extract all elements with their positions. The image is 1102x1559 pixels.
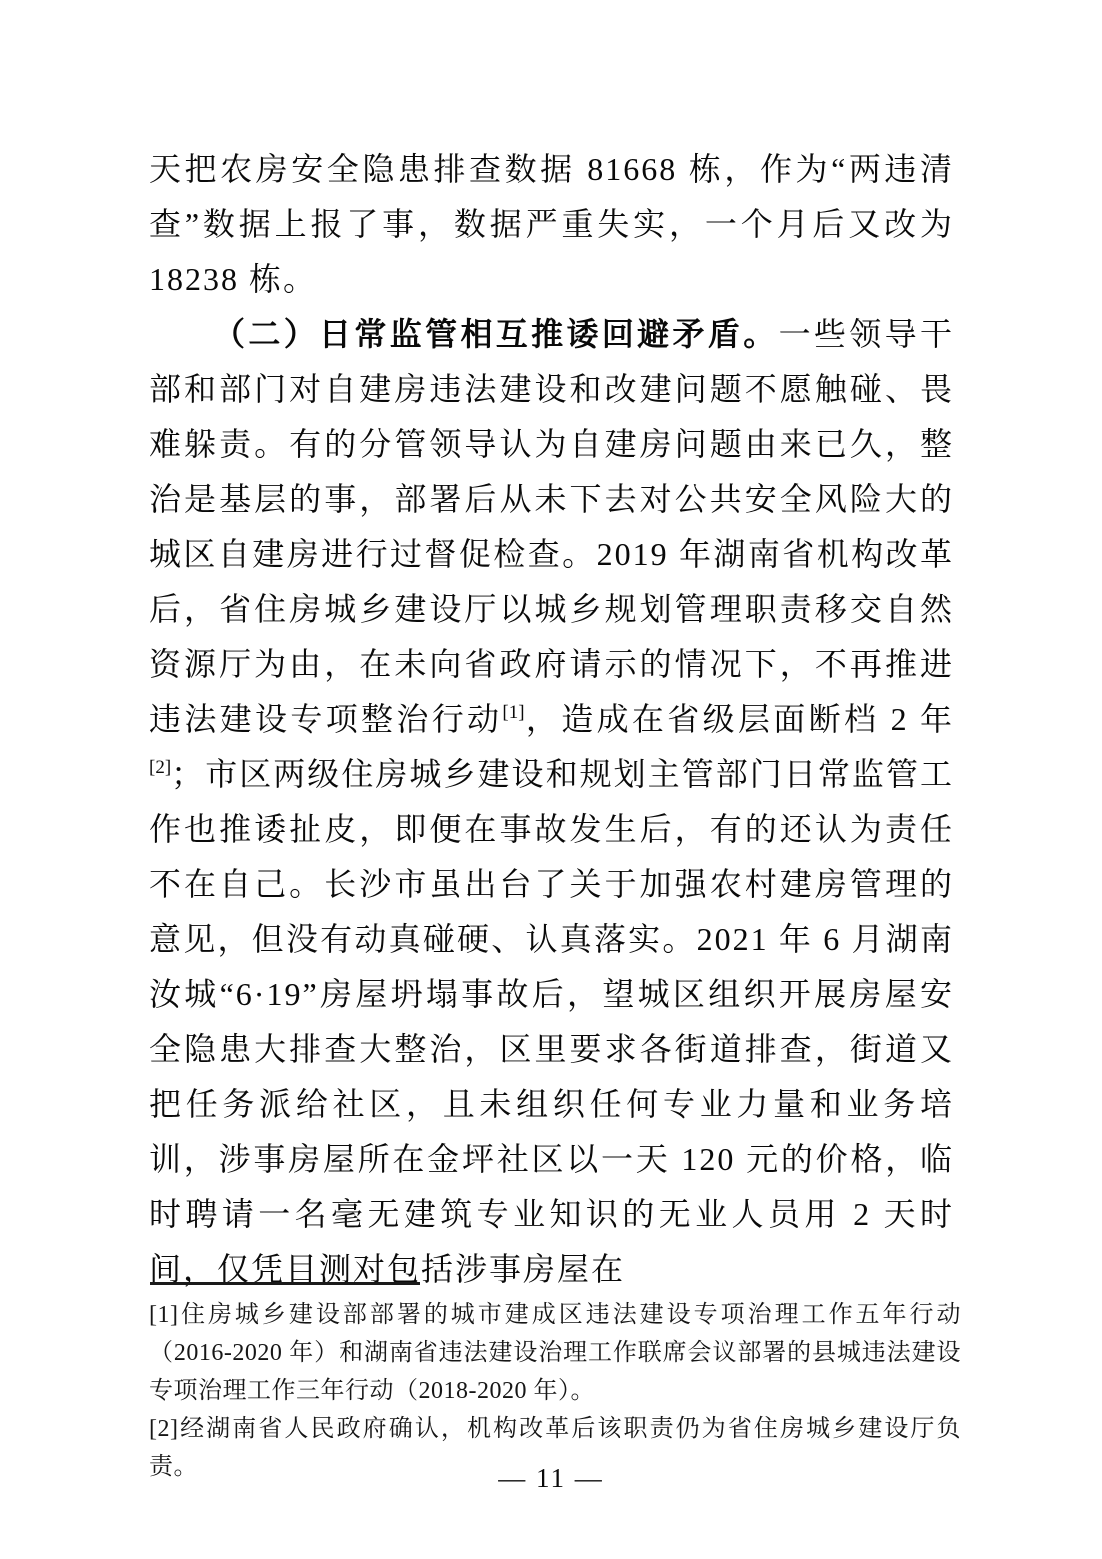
- footnote-1: [1]住房城乡建设部部署的城市建成区违法建设专项治理工作五年行动（2016-20…: [149, 1296, 961, 1410]
- footnote-ref-2: [2]: [149, 757, 171, 778]
- paragraph-1: 天把农房安全隐患排查数据 81668 栋，作为“两违清查”数据上报了事，数据严重…: [149, 142, 954, 307]
- paragraph-2-text-2: ，造成在省级层面断档 2 年: [525, 701, 954, 737]
- document-body: 天把农房安全隐患排查数据 81668 栋，作为“两违清查”数据上报了事，数据严重…: [149, 142, 954, 1297]
- paragraph-2-text-1: 一些领导干部和部门对自建房违法建设和改建问题不愿触碰、畏难躲责。有的分管领导认为…: [149, 316, 954, 737]
- paragraph-2-text-3: ；市区两级住房城乡建设和规划主管部门日常监管工作也推诿扯皮，即便在事故发生后，有…: [149, 756, 954, 1287]
- paragraph-2-heading: （二）日常监管相互推诿回避矛盾。: [213, 316, 779, 352]
- paragraph-2: （二）日常监管相互推诿回避矛盾。一些领导干部和部门对自建房违法建设和改建问题不愿…: [149, 307, 954, 1297]
- footnote-separator: [150, 1282, 420, 1285]
- page-number: — 11 —: [0, 1463, 1102, 1494]
- footnotes-block: [1]住房城乡建设部部署的城市建成区违法建设专项治理工作五年行动（2016-20…: [149, 1296, 961, 1486]
- document-page: 天把农房安全隐患排查数据 81668 栋，作为“两违清查”数据上报了事，数据严重…: [0, 0, 1102, 1559]
- footnote-ref-1: [1]: [502, 702, 524, 723]
